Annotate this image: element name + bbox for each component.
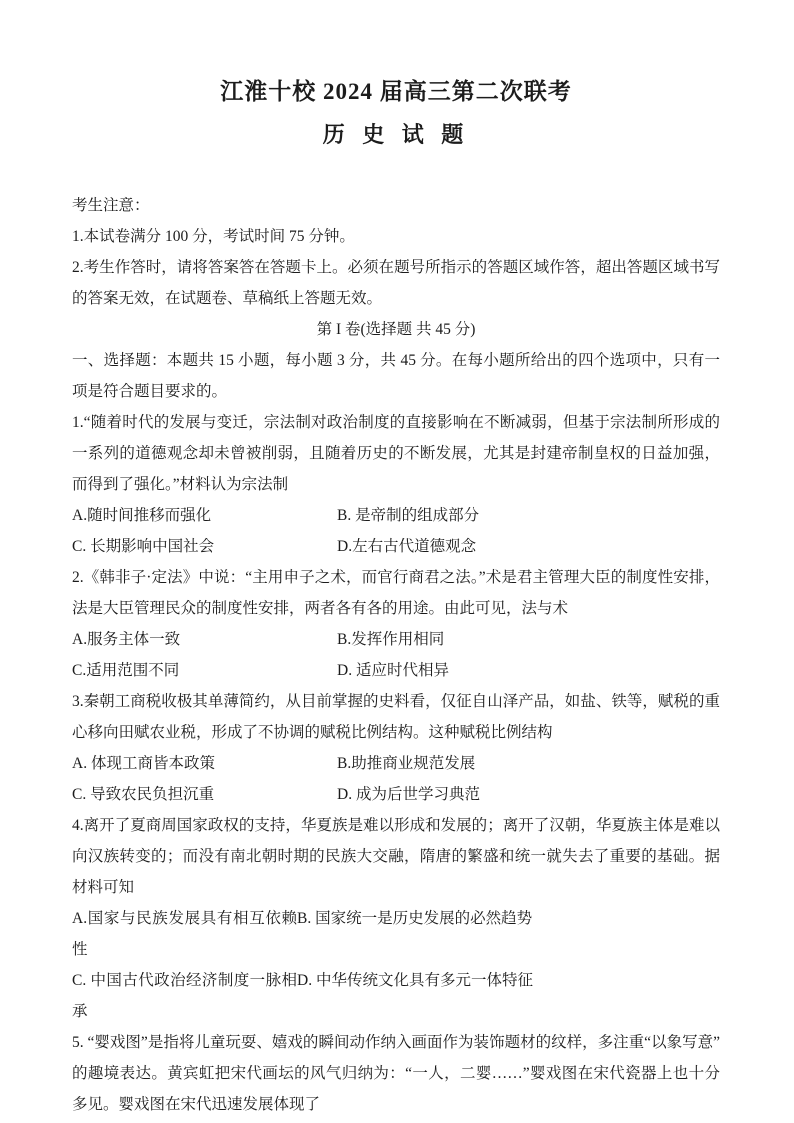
question-1-options: A.随时间推移而强化 B. 是帝制的组成部分 C. 长期影响中国社会 D.左右古… <box>72 500 720 562</box>
question-1: 1.“随着时代的发展与变迁，宗法制对政治制度的直接影响在不断减弱，但基于宗法制所… <box>72 407 720 562</box>
question-3: 3.秦朝工商税收极其单薄简约，从目前掌握的史料看，仅征自山泽产品，如盐、铁等，赋… <box>72 686 720 810</box>
question-4-option-d: D. 中华传统文化具有多元一体特征 <box>297 965 720 1027</box>
question-4-options: A.国家与民族发展具有相互依赖性 B. 国家统一是历史发展的必然趋势 C. 中国… <box>72 903 720 1027</box>
question-2: 2.《韩非子·定法》中说：“主用申子之术，而官行商君之法。”术是君主管理大臣的制… <box>72 562 720 686</box>
question-5: 5. “婴戏图”是指将儿童玩耍、嬉戏的瞬间动作纳入画面作为装饰题材的纹样，多注重… <box>72 1027 720 1120</box>
section-intro: 一、选择题：本题共 15 小题，每小题 3 分，共 45 分。在每小题所给出的四… <box>72 345 720 407</box>
section-heading: 第 I 卷(选择题 共 45 分) <box>72 314 720 345</box>
question-4-option-c: C. 中国古代政治经济制度一脉相承 <box>72 965 297 1027</box>
question-2-option-a: A.服务主体一致 <box>72 624 337 655</box>
question-1-option-b: B. 是帝制的组成部分 <box>337 500 720 531</box>
exam-body: 考生注意： 1.本试卷满分 100 分，考试时间 75 分钟。 2.考生作答时，… <box>72 190 720 1120</box>
exam-subject-title: 历 史 试 题 <box>72 120 720 150</box>
question-4-option-a: A.国家与民族发展具有相互依赖性 <box>72 903 297 965</box>
question-4: 4.离开了夏商周国家政权的支持，华夏族是难以形成和发展的；离开了汉朝，华夏族主体… <box>72 810 720 1027</box>
question-2-stem: 2.《韩非子·定法》中说：“主用申子之术，而官行商君之法。”术是君主管理大臣的制… <box>72 562 720 624</box>
exam-title: 江淮十校 2024 届高三第二次联考 <box>72 76 720 108</box>
notice-item-2: 2.考生作答时，请将答案答在答题卡上。必须在题号所指示的答题区域作答，超出答题区… <box>72 252 720 314</box>
question-3-option-a: A. 体现工商皆本政策 <box>72 748 337 779</box>
question-1-stem: 1.“随着时代的发展与变迁，宗法制对政治制度的直接影响在不断减弱，但基于宗法制所… <box>72 407 720 500</box>
question-2-options: A.服务主体一致 B.发挥作用相同 C.适用范围不同 D. 适应时代相异 <box>72 624 720 686</box>
exam-paper-page: 江淮十校 2024 届高三第二次联考 历 史 试 题 考生注意： 1.本试卷满分… <box>0 0 794 1123</box>
question-2-option-b: B.发挥作用相同 <box>337 624 720 655</box>
question-4-stem: 4.离开了夏商周国家政权的支持，华夏族是难以形成和发展的；离开了汉朝，华夏族主体… <box>72 810 720 903</box>
question-2-option-d: D. 适应时代相异 <box>337 655 720 686</box>
question-5-stem: 5. “婴戏图”是指将儿童玩耍、嬉戏的瞬间动作纳入画面作为装饰题材的纹样，多注重… <box>72 1027 720 1120</box>
question-3-options: A. 体现工商皆本政策 B.助推商业规范发展 C. 导致农民负担沉重 D. 成为… <box>72 748 720 810</box>
question-2-option-c: C.适用范围不同 <box>72 655 337 686</box>
question-1-option-a: A.随时间推移而强化 <box>72 500 337 531</box>
question-1-option-c: C. 长期影响中国社会 <box>72 531 337 562</box>
question-3-option-b: B.助推商业规范发展 <box>337 748 720 779</box>
question-3-stem: 3.秦朝工商税收极其单薄简约，从目前掌握的史料看，仅征自山泽产品，如盐、铁等，赋… <box>72 686 720 748</box>
question-1-option-d: D.左右古代道德观念 <box>337 531 720 562</box>
question-3-option-d: D. 成为后世学习典范 <box>337 779 720 810</box>
notice-item-1: 1.本试卷满分 100 分，考试时间 75 分钟。 <box>72 221 720 252</box>
notice-heading: 考生注意： <box>72 190 720 221</box>
question-4-option-b: B. 国家统一是历史发展的必然趋势 <box>297 903 720 965</box>
question-3-option-c: C. 导致农民负担沉重 <box>72 779 337 810</box>
